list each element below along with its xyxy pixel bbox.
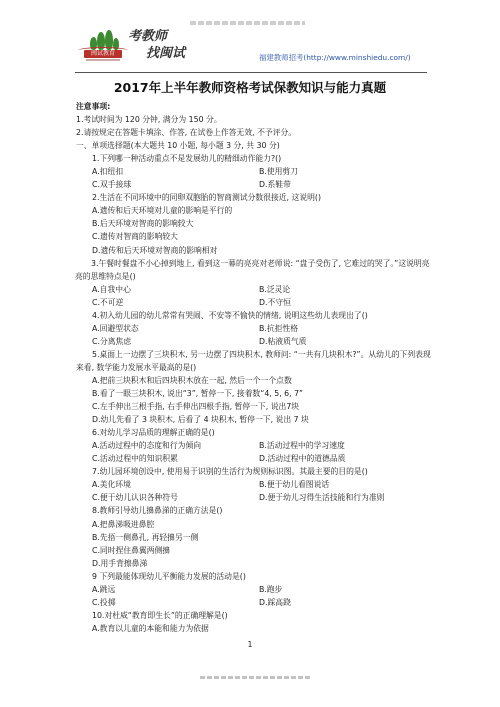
options-row: A.自我中心 B.泛灵论 <box>76 283 436 296</box>
question-6: 6.对幼儿学习品质的理解正确的是() <box>76 426 436 439</box>
option: D.活动过程中的道德品质 <box>259 452 426 465</box>
question-9: 9 下列最能体现幼儿平衡能力发展的活动是() <box>76 570 436 583</box>
options-row: A.美化环境 B.便于幼儿看图说话 <box>76 478 436 491</box>
option: D.遗传和后天环境对智商的影响相对 <box>76 244 436 257</box>
option: C.不可逆 <box>92 296 259 309</box>
slogan-line-2: 找闽试 <box>128 45 185 62</box>
option: D.幼儿先看了 3 块积木, 后看了 4 块积木, 暂停一下, 说出 7 块 <box>76 413 436 426</box>
option: B.后天环境对智商的影响较大 <box>76 217 436 230</box>
options-row: A.跳远 B.跑步 <box>76 583 436 596</box>
option: C.双手接球 <box>92 178 259 191</box>
question-4: 4.初入幼儿园的幼儿常常有哭闹、不安等不愉快的情绪, 说明这些幼儿表现出了() <box>76 309 436 322</box>
question-10: 10.对杜威“教育即生长”的正确理解是() <box>76 609 436 622</box>
option: D.用手背擦鼻涕 <box>76 557 436 570</box>
slogan: 考教师 找闽试 <box>128 28 185 62</box>
option: A.教育以儿童的本能和能力为依据 <box>76 622 436 635</box>
note-item: 1.考试时间为 120 分钟, 满分为 150 分。 <box>76 113 436 126</box>
option: D.系鞋带 <box>259 178 426 191</box>
options-row: C.双手接球 D.系鞋带 <box>76 178 436 191</box>
option: A.把前三块积木和后四块积木放在一起, 然后一个一个点数 <box>76 374 436 387</box>
footer-watermark-text <box>200 676 310 679</box>
option: C.分离焦虑 <box>92 335 259 348</box>
option: C.同时捏住鼻翼两侧擤 <box>76 544 436 557</box>
option: B.便于幼儿看图说话 <box>259 478 426 491</box>
option: A.遗传和后天环境对儿童的影响是平行的 <box>76 204 436 217</box>
question-7: 7.幼儿园环境创设中, 使用易于识别的生活行为规则标识图。其最主要的目的是() <box>76 465 436 478</box>
header-divider <box>75 72 427 73</box>
option: B.使用剪刀 <box>259 165 426 178</box>
option: C.投掷 <box>92 596 259 609</box>
header-watermark-text <box>190 21 305 25</box>
question-8: 8.教师引导幼儿擤鼻涕的正确方法是() <box>76 504 436 517</box>
option: D.踩高跷 <box>259 596 426 609</box>
option: B.抗拒性格 <box>259 322 426 335</box>
options-row: A.回避型状态 B.抗拒性格 <box>76 322 436 335</box>
option: A.美化环境 <box>92 478 259 491</box>
question-2: 2.生活在不同环境中的同卵双胞胎的智商测试分数很接近, 这说明() <box>76 191 436 204</box>
option: C.便于幼儿认识各种符号 <box>92 491 259 504</box>
option: B.跑步 <box>259 583 426 596</box>
question-5: 5.桌面上一边摆了三块积木, 另一边摆了四块积木, 教师问: “一共有几块积木?… <box>76 348 438 374</box>
option: A.活动过程中的态度和行为倾向 <box>92 439 259 452</box>
minshi-logo: 闽试教育 <box>78 28 128 64</box>
option: A.扣纽扣 <box>92 165 259 178</box>
logo-banner: 闽试教育 <box>84 50 122 58</box>
option: D.便于幼儿习得生活技能和行为准则 <box>259 491 426 504</box>
options-row: A.活动过程中的态度和行为倾向 B.活动过程中的学习速度 <box>76 439 436 452</box>
page-number: 1 <box>0 640 500 649</box>
option: C.遗传对智商的影响较大 <box>76 230 436 243</box>
option: C.左手伸出三根手指, 右手伸出四根手指, 暂停一下, 说出7块 <box>76 400 436 413</box>
option: B.看了一眼三块积木, 说出“3”, 暂停一下, 接着数“4, 5, 6, 7” <box>76 387 436 400</box>
option: D.不守恒 <box>259 296 426 309</box>
options-row: C.活动过程中的知识积累 D.活动过程中的道德品质 <box>76 452 436 465</box>
option: D.粘液质气质 <box>259 335 426 348</box>
options-row: C.投掷 D.踩高跷 <box>76 596 436 609</box>
options-row: C.分离焦虑 D.粘液质气质 <box>76 335 436 348</box>
document-body: 注意事项: 1.考试时间为 120 分钟, 满分为 150 分。 2.请按规定在… <box>76 100 436 635</box>
option: A.回避型状态 <box>92 322 259 335</box>
option: B.活动过程中的学习速度 <box>259 439 426 452</box>
option: A.把鼻涕吸进鼻腔 <box>76 518 436 531</box>
section-heading: 一、单项选择题(本大题共 10 小题, 每小题 3 分, 共 30 分) <box>76 139 436 152</box>
question-1: 1.下列哪一种活动重点不是发展幼儿的精细动作能力?() <box>76 152 436 165</box>
note-item: 2.请按规定在答题卡填涂、作答, 在试卷上作答无效, 不予评分。 <box>76 126 436 139</box>
site-link[interactable]: 福建教师招考(http://www.minshiedu.com/) <box>259 52 411 63</box>
options-row: C.便于幼儿认识各种符号 D.便于幼儿习得生活技能和行为准则 <box>76 491 436 504</box>
notes-heading: 注意事项: <box>76 100 436 113</box>
question-3: 3.午餐时餐盘不小心掉到地上, 看到这一幕的亮亮对老师说: “盘子受伤了, 它难… <box>75 257 437 283</box>
option: A.自我中心 <box>92 283 259 296</box>
option: C.活动过程中的知识积累 <box>92 452 259 465</box>
option: B.泛灵论 <box>259 283 426 296</box>
document-title: 2017年上半年教师资格考试保教知识与能力真题 <box>60 78 440 96</box>
slogan-line-1: 考教师 <box>128 29 167 44</box>
option: A.跳远 <box>92 583 259 596</box>
options-row: C.不可逆 D.不守恒 <box>76 296 436 309</box>
option: B.先捂一侧鼻孔, 再轻擤另一侧 <box>76 531 436 544</box>
options-row: A.扣纽扣 B.使用剪刀 <box>76 165 436 178</box>
